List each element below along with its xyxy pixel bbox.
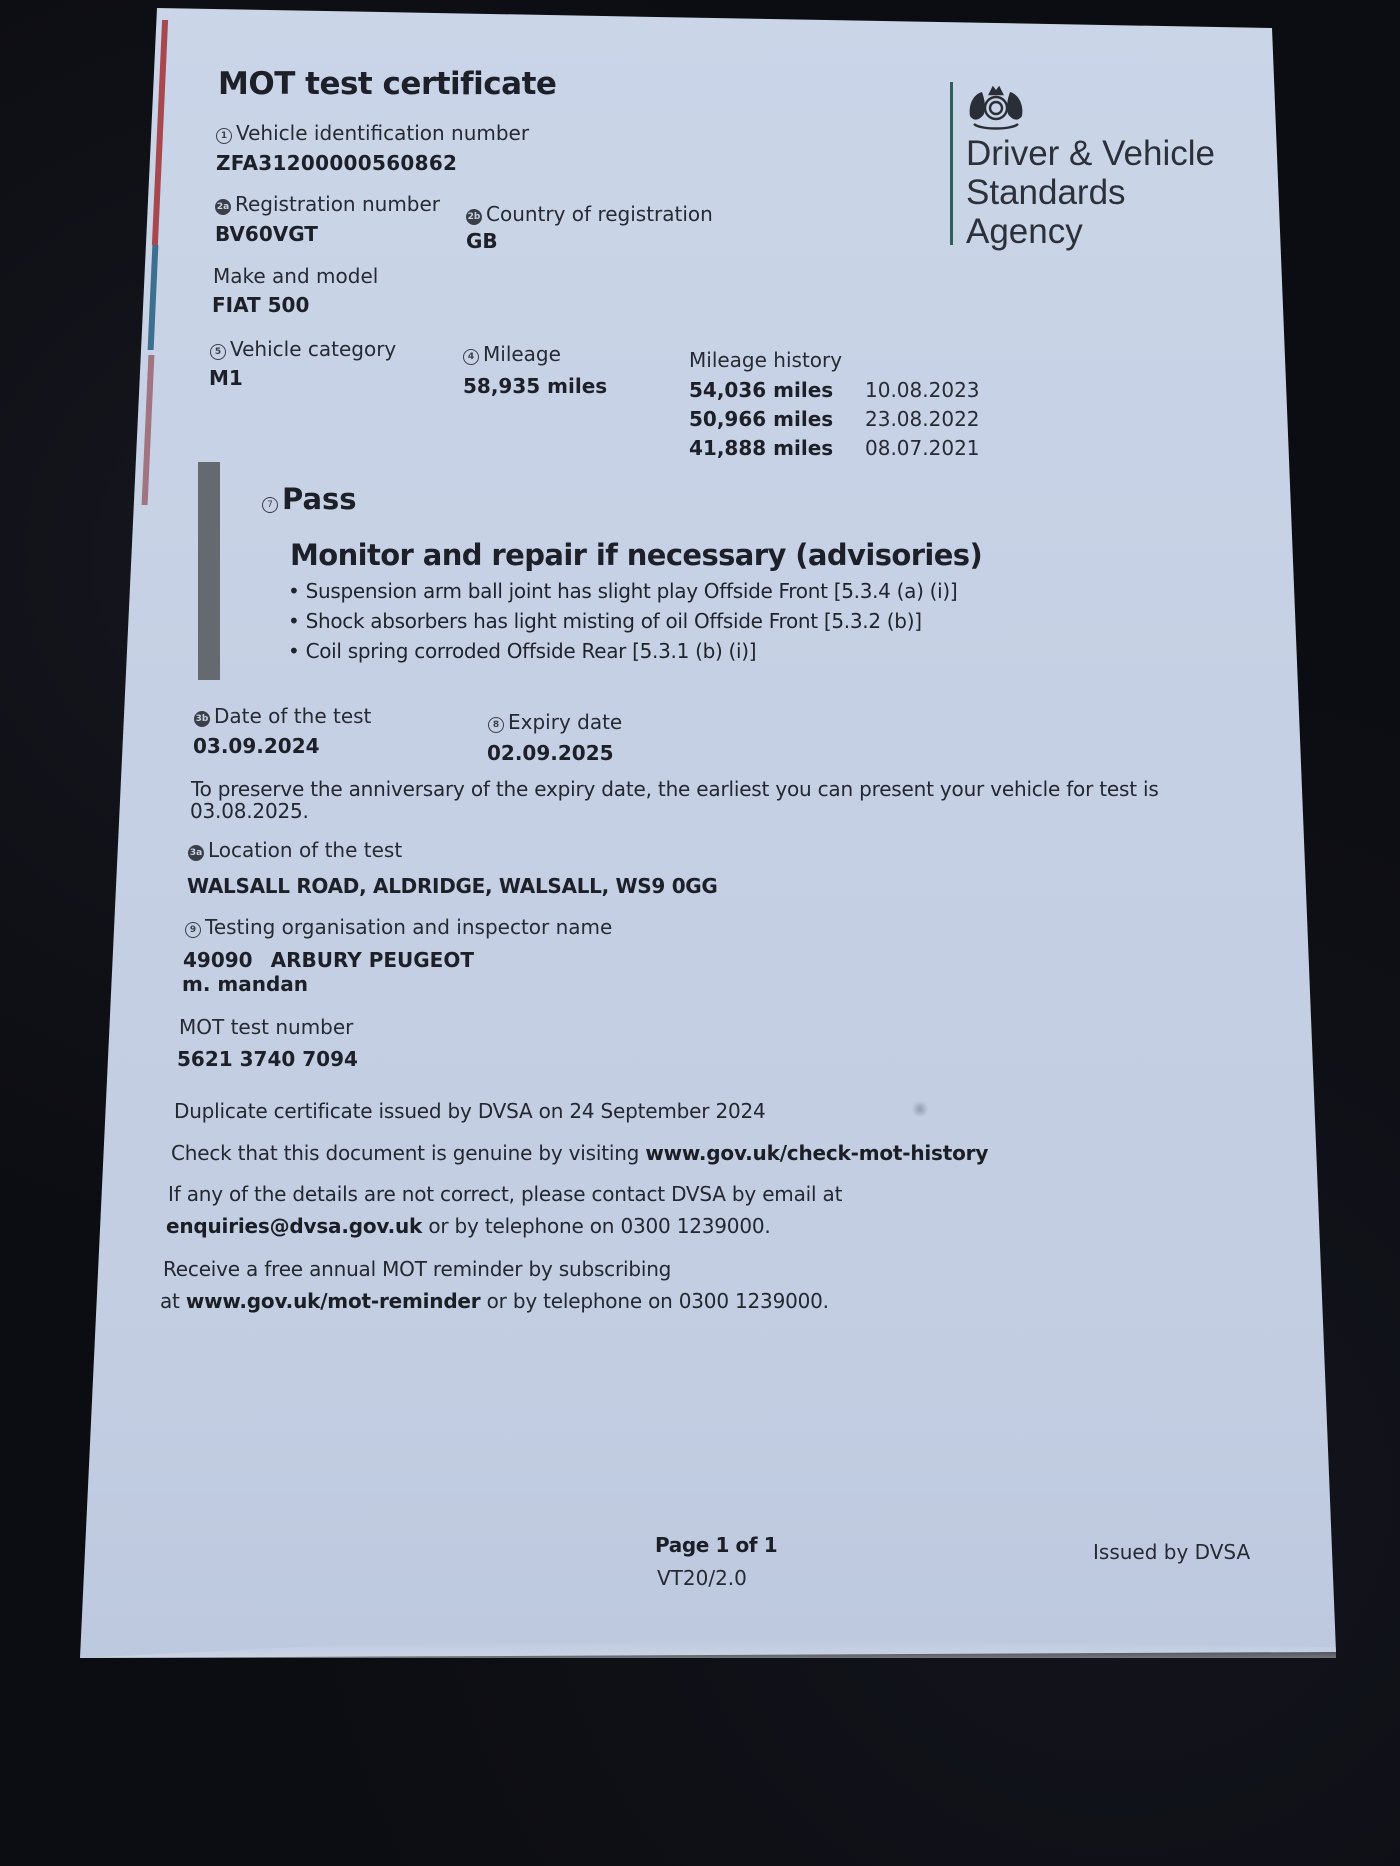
- advisory-item: • Suspension arm ball joint has slight p…: [288, 579, 957, 609]
- field-marker-icon: 9: [185, 922, 201, 938]
- field-marker-icon: 7: [262, 497, 278, 513]
- logo-line-3: Agency: [966, 212, 1215, 251]
- reminder-note-line-2: at www.gov.uk/mot-reminder or by telepho…: [160, 1289, 829, 1313]
- make-model-value: FIAT 500: [212, 293, 309, 317]
- org-number: 49090: [183, 948, 253, 972]
- registration-value: BV60VGT: [215, 222, 318, 246]
- field-marker-icon: 8: [488, 717, 504, 733]
- vin-label: 1Vehicle identification number: [216, 121, 529, 145]
- mileage-label: 4Mileage: [463, 342, 561, 366]
- page-title: MOT test certificate: [218, 66, 556, 102]
- form-code: VT20/2.0: [657, 1566, 747, 1590]
- page-indicator: Page 1 of 1: [655, 1533, 777, 1557]
- result-status: 7Pass: [262, 482, 357, 516]
- field-marker-icon: 3a: [188, 845, 204, 861]
- advisory-item: • Shock absorbers has light misting of o…: [288, 609, 957, 639]
- mot-reminder-link[interactable]: www.gov.uk/mot-reminder: [186, 1289, 481, 1313]
- vin-value: ZFA31200000560862: [216, 151, 457, 175]
- contact-note-line-1: If any of the details are not correct, p…: [168, 1182, 842, 1206]
- advisory-item: • Coil spring corroded Offside Rear [5.3…: [288, 639, 957, 669]
- field-marker-icon: 2a: [215, 199, 231, 215]
- advisories-heading: Monitor and repair if necessary (advisor…: [290, 538, 982, 572]
- testing-org-value: 49090ARBURY PEUGEOT: [183, 948, 474, 972]
- org-name: ARBURY PEUGEOT: [271, 948, 474, 972]
- category-label: 5Vehicle category: [210, 337, 396, 361]
- reminder-note-line-1: Receive a free annual MOT reminder by su…: [163, 1257, 671, 1281]
- country-label: 2bCountry of registration: [466, 202, 713, 226]
- logo-divider: [950, 82, 953, 245]
- test-date-label: 3bDate of the test: [194, 704, 371, 728]
- anniversary-date: 03.08.2025.: [190, 799, 309, 823]
- issuer-logo-text: Driver & Vehicle Standards Agency: [966, 134, 1215, 251]
- mileage-history-row: 50,966 miles 23.08.2022: [689, 407, 980, 436]
- test-number-value: 5621 3740 7094: [177, 1047, 358, 1071]
- mileage-history-row: 54,036 miles 10.08.2023: [689, 378, 980, 407]
- test-number-label: MOT test number: [179, 1015, 353, 1039]
- genuine-check-note: Check that this document is genuine by v…: [171, 1141, 988, 1165]
- anniversary-note: To preserve the anniversary of the expir…: [191, 777, 1159, 801]
- expiry-date-value: 02.09.2025: [487, 741, 614, 765]
- mileage-history-list: 54,036 miles 10.08.2023 50,966 miles 23.…: [689, 378, 980, 465]
- make-model-label: Make and model: [213, 264, 378, 288]
- field-marker-icon: 5: [210, 344, 226, 360]
- duplicate-note: Duplicate certificate issued by DVSA on …: [174, 1099, 766, 1123]
- field-marker-icon: 2b: [466, 209, 482, 225]
- contact-note-line-2: enquiries@dvsa.gov.uk or by telephone on…: [166, 1214, 771, 1238]
- field-marker-icon: 3b: [194, 711, 210, 727]
- country-value: GB: [466, 229, 498, 253]
- expiry-date-label: 8Expiry date: [488, 710, 622, 734]
- mileage-history-label: Mileage history: [689, 348, 842, 372]
- issued-by: Issued by DVSA: [1093, 1540, 1250, 1564]
- advisories-list: • Suspension arm ball joint has slight p…: [288, 579, 957, 669]
- royal-coat-of-arms-icon: [964, 80, 1028, 136]
- mileage-value: 58,935 miles: [463, 374, 607, 398]
- category-value: M1: [209, 366, 243, 390]
- location-label: 3aLocation of the test: [188, 838, 402, 862]
- certificate-content: MOT test certificate Driver & Vehicle St…: [0, 0, 1400, 1866]
- registration-label: 2aRegistration number: [215, 192, 440, 216]
- result-status-bar: [198, 462, 220, 680]
- location-value: WALSALL ROAD, ALDRIDGE, WALSALL, WS9 0GG: [187, 874, 718, 898]
- field-marker-icon: 4: [463, 349, 479, 365]
- mileage-history-row: 41,888 miles 08.07.2021: [689, 436, 980, 465]
- check-mot-history-link[interactable]: www.gov.uk/check-mot-history: [645, 1141, 988, 1165]
- test-date-value: 03.09.2024: [193, 734, 320, 758]
- logo-line-2: Standards: [966, 173, 1215, 212]
- logo-line-1: Driver & Vehicle: [966, 134, 1215, 173]
- field-marker-icon: 1: [216, 128, 232, 144]
- testing-org-label: 9Testing organisation and inspector name: [185, 915, 612, 939]
- inspector-name: m. mandan: [182, 972, 308, 996]
- paper-smudge: [912, 1100, 928, 1118]
- contact-email-link[interactable]: enquiries@dvsa.gov.uk: [166, 1214, 422, 1238]
